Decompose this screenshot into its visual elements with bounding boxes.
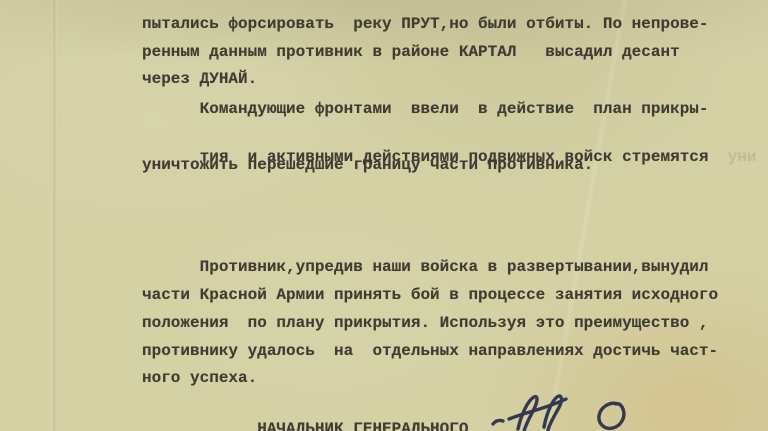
top-cut-line: часом атаки противника на фронте мелкими… — [142, 0, 641, 8]
typed-line: противнику удалось на отдельных направле… — [142, 341, 718, 361]
typed-line: Противник,упредив наши войска в разверты… — [142, 257, 709, 277]
paper-fold-crease — [53, 0, 57, 431]
typed-line: ного успеха. — [142, 368, 257, 388]
typed-line: через ДУНАЙ. — [142, 69, 257, 89]
signoff-title-cut: НАЧАЛЬНИК ГЕНЕРАЛЬНОГО — [142, 419, 468, 431]
handwritten-signature-ink — [487, 391, 662, 431]
typed-line: пытались форсировать реку ПРУТ,но были о… — [142, 14, 709, 34]
typed-line: положения по плану прикрытия. Используя … — [142, 313, 709, 333]
document-scan-page: часом атаки противника на фронте мелкими… — [0, 0, 768, 431]
paper-texture — [0, 0, 768, 431]
typed-line: уничтожить перешедшие границу части прот… — [142, 155, 593, 175]
typed-line: ренным данным противник в районе КАРТАЛ … — [142, 42, 680, 62]
erased-word: уни — [718, 148, 766, 166]
typed-line: части Красной Армии принять бой в процес… — [142, 285, 718, 305]
typed-line: Командующие фронтами ввели в действие пл… — [142, 99, 709, 119]
